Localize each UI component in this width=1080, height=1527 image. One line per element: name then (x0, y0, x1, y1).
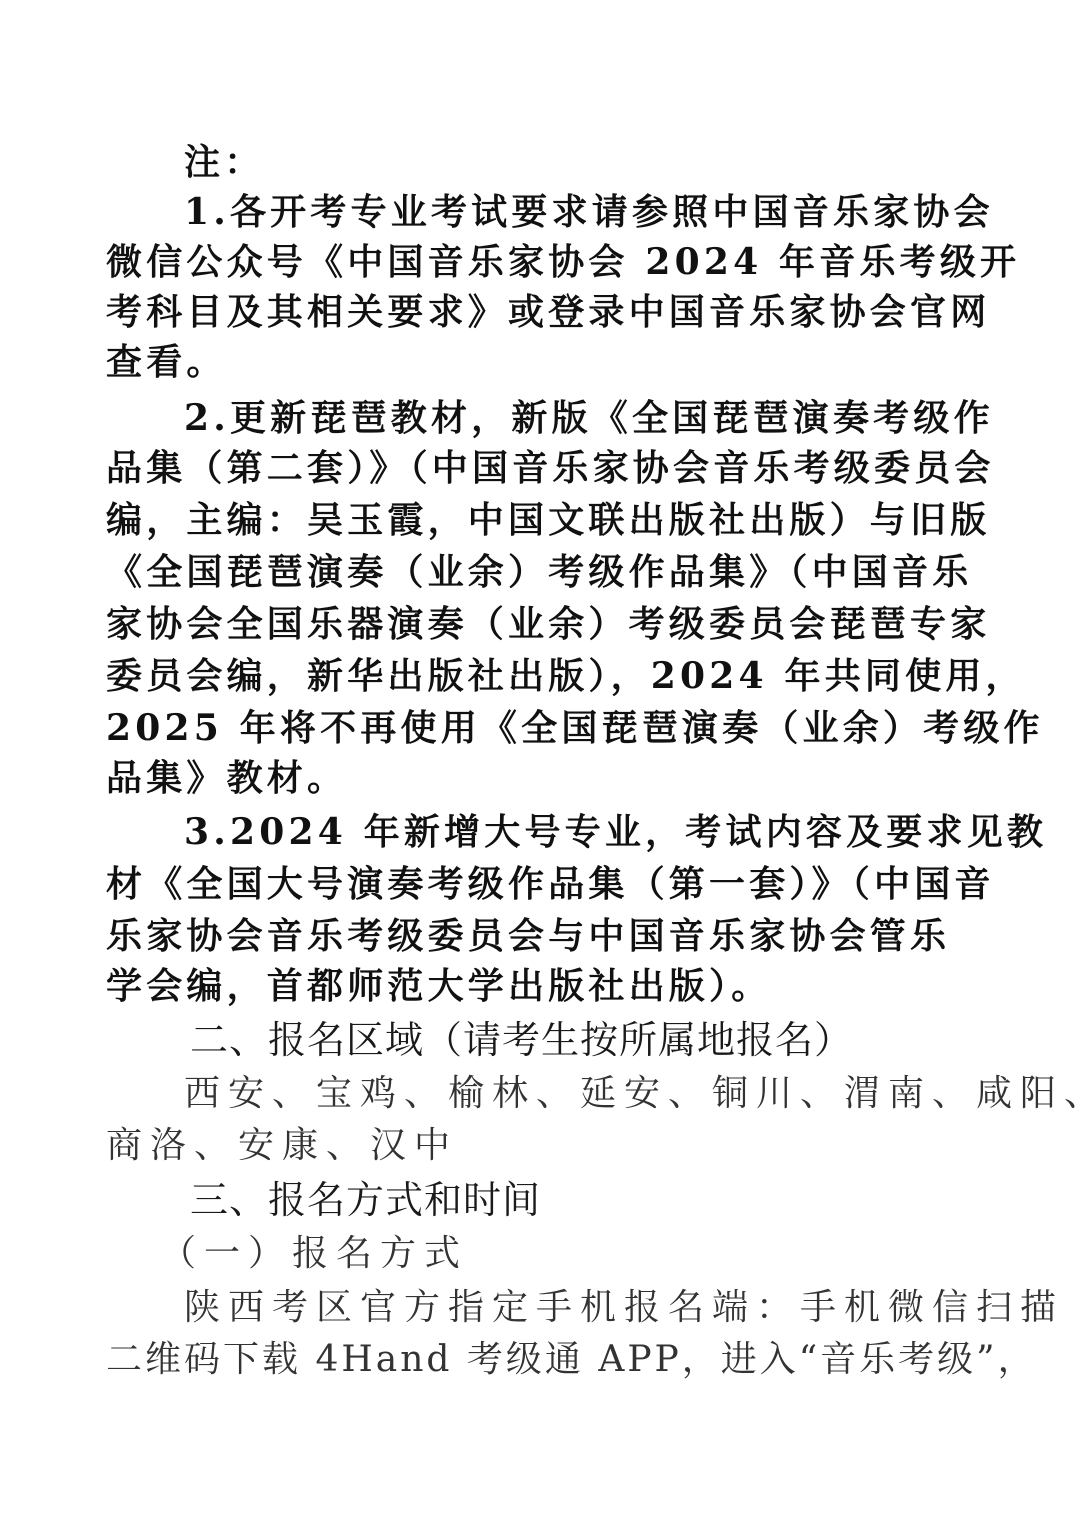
note-2-line-1: 2.更新琵琶教材，新版《全国琵琶演奏考级作 (184, 392, 1054, 444)
note-1-line-3: 考科目及其相关要求》或登录中国音乐家协会官网 (106, 286, 976, 338)
note-2-line-8: 品集》教材。 (106, 752, 976, 804)
note-3-line-1: 3.2024 年新增大号专业，考试内容及要求见教 (184, 806, 1054, 858)
region-list-line-1: 西安、宝鸡、榆林、延安、铜川、渭南、咸阳、 (184, 1068, 1054, 1120)
note-2-line-2: 品集（第二套）》（中国音乐家协会音乐考级委员会 (106, 442, 976, 494)
note-1-line-1: 1.各开考专业考试要求请参照中国音乐家协会 (184, 186, 1054, 238)
registration-line-1: 陕西考区官方指定手机报名端：手机微信扫描 (184, 1282, 1054, 1334)
note-3-line-2: 材《全国大号演奏考级作品集（第一套）》（中国音 (106, 858, 976, 910)
section-3-subheading: （一）报名方式 (160, 1228, 1030, 1280)
note-2-line-7: 2025 年将不再使用《全国琵琶演奏（业余）考级作 (106, 702, 976, 754)
note-1-line-2: 微信公众号《中国音乐家协会 2024 年音乐考级开 (106, 236, 976, 288)
section-3-heading: 三、报名方式和时间 (190, 1174, 1060, 1226)
note-3-line-3: 乐家协会音乐考级委员会与中国音乐家协会管乐 (106, 910, 976, 962)
registration-line-2: 二维码下载 4Hand 考级通 APP，进入“音乐考级”， (106, 1334, 976, 1386)
note-2-line-3: 编，主编：吴玉霞，中国文联出版社出版）与旧版 (106, 494, 976, 546)
document-page: 注： 1.各开考专业考试要求请参照中国音乐家协会 微信公众号《中国音乐家协会 2… (0, 0, 1080, 1527)
region-list-line-2: 商洛、安康、汉中 (106, 1120, 976, 1172)
note-1-line-4: 查看。 (106, 336, 976, 388)
note-2-line-5: 家协会全国乐器演奏（业余）考级委员会琵琶专家 (106, 598, 976, 650)
note-3-line-4: 学会编，首都师范大学出版社出版）。 (106, 960, 976, 1012)
note-2-line-4: 《全国琵琶演奏（业余）考级作品集》（中国音乐 (106, 546, 976, 598)
section-2-heading: 二、报名区域（请考生按所属地报名） (190, 1014, 1060, 1066)
notes-label: 注： (184, 136, 1054, 188)
note-2-line-6: 委员会编，新华出版社出版），2024 年共同使用， (106, 650, 976, 702)
